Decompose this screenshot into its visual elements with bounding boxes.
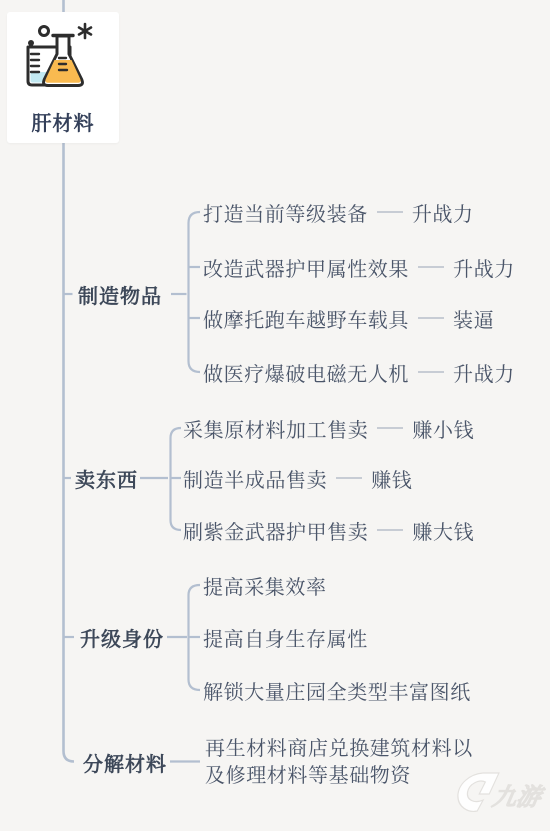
jiuyou-watermark-logo: 九游 xyxy=(446,767,546,823)
result-connector xyxy=(377,529,403,531)
result-connector xyxy=(377,427,403,429)
child-node[interactable]: 提高自身生存属性 xyxy=(203,623,368,651)
child-node[interactable]: 解锁大量庄园全类型丰富图纸 xyxy=(203,676,471,704)
child-node[interactable]: 提高采集效率 xyxy=(203,571,327,599)
result-connector xyxy=(418,371,444,373)
result-connector xyxy=(418,317,444,319)
child-text: 再生材料商店兑换建筑材料以及修理材料等基础物资 xyxy=(205,738,473,787)
root-node-card[interactable]: 肝材料 xyxy=(7,12,119,143)
child-node[interactable]: 做摩托跑车越野车载具 装逼 xyxy=(203,304,494,332)
root-node-label: 肝材料 xyxy=(32,107,95,136)
sparkle-icon xyxy=(79,24,91,38)
chemistry-flask-icon xyxy=(17,21,109,101)
child-text: 改造武器护甲属性效果 xyxy=(203,253,409,282)
child-text: 打造当前等级装备 xyxy=(203,198,368,227)
child-text: 做摩托跑车越野车载具 xyxy=(203,304,409,333)
result-text: 装逼 xyxy=(453,304,494,333)
watermark-text: 九游 xyxy=(490,784,546,811)
child-node[interactable]: 再生材料商店兑换建筑材料以及修理材料等基础物资 xyxy=(205,736,483,789)
child-text: 制造半成品售卖 xyxy=(183,464,327,493)
child-node[interactable]: 刷紫金武器护甲售卖 赚大钱 xyxy=(183,516,474,544)
branch-label-manufacture[interactable]: 制造物品 xyxy=(78,279,162,309)
child-node[interactable]: 制造半成品售卖 赚钱 xyxy=(183,464,412,492)
result-text: 升战力 xyxy=(453,358,515,387)
result-text: 赚大钱 xyxy=(412,516,474,545)
child-node[interactable]: 做医疗爆破电磁无人机 升战力 xyxy=(203,358,515,386)
result-text: 升战力 xyxy=(453,253,515,282)
result-text: 赚小钱 xyxy=(412,414,474,443)
child-node[interactable]: 打造当前等级装备 升战力 xyxy=(203,198,474,226)
result-text: 升战力 xyxy=(412,198,474,227)
child-text: 采集原材料加工售卖 xyxy=(183,414,368,443)
child-text: 解锁大量庄园全类型丰富图纸 xyxy=(203,676,471,705)
child-node[interactable]: 采集原材料加工售卖 赚小钱 xyxy=(183,414,474,442)
branch-label-sell[interactable]: 卖东西 xyxy=(75,463,138,493)
child-text: 提高采集效率 xyxy=(203,571,327,600)
branch1-bracket xyxy=(189,212,201,372)
child-text: 提高自身生存属性 xyxy=(203,623,368,652)
result-connector xyxy=(377,211,403,213)
result-connector xyxy=(336,477,362,479)
child-text: 刷紫金武器护甲售卖 xyxy=(183,516,368,545)
dot-icon xyxy=(28,40,34,46)
child-text: 做医疗爆破电磁无人机 xyxy=(203,358,409,387)
bubble-icon xyxy=(40,27,49,36)
result-text: 赚钱 xyxy=(371,464,412,493)
result-connector xyxy=(418,266,444,268)
branch-label-decompose[interactable]: 分解材料 xyxy=(83,747,167,777)
child-node[interactable]: 改造武器护甲属性效果 升战力 xyxy=(203,253,515,281)
branch-label-upgrade[interactable]: 升级身份 xyxy=(80,622,164,652)
